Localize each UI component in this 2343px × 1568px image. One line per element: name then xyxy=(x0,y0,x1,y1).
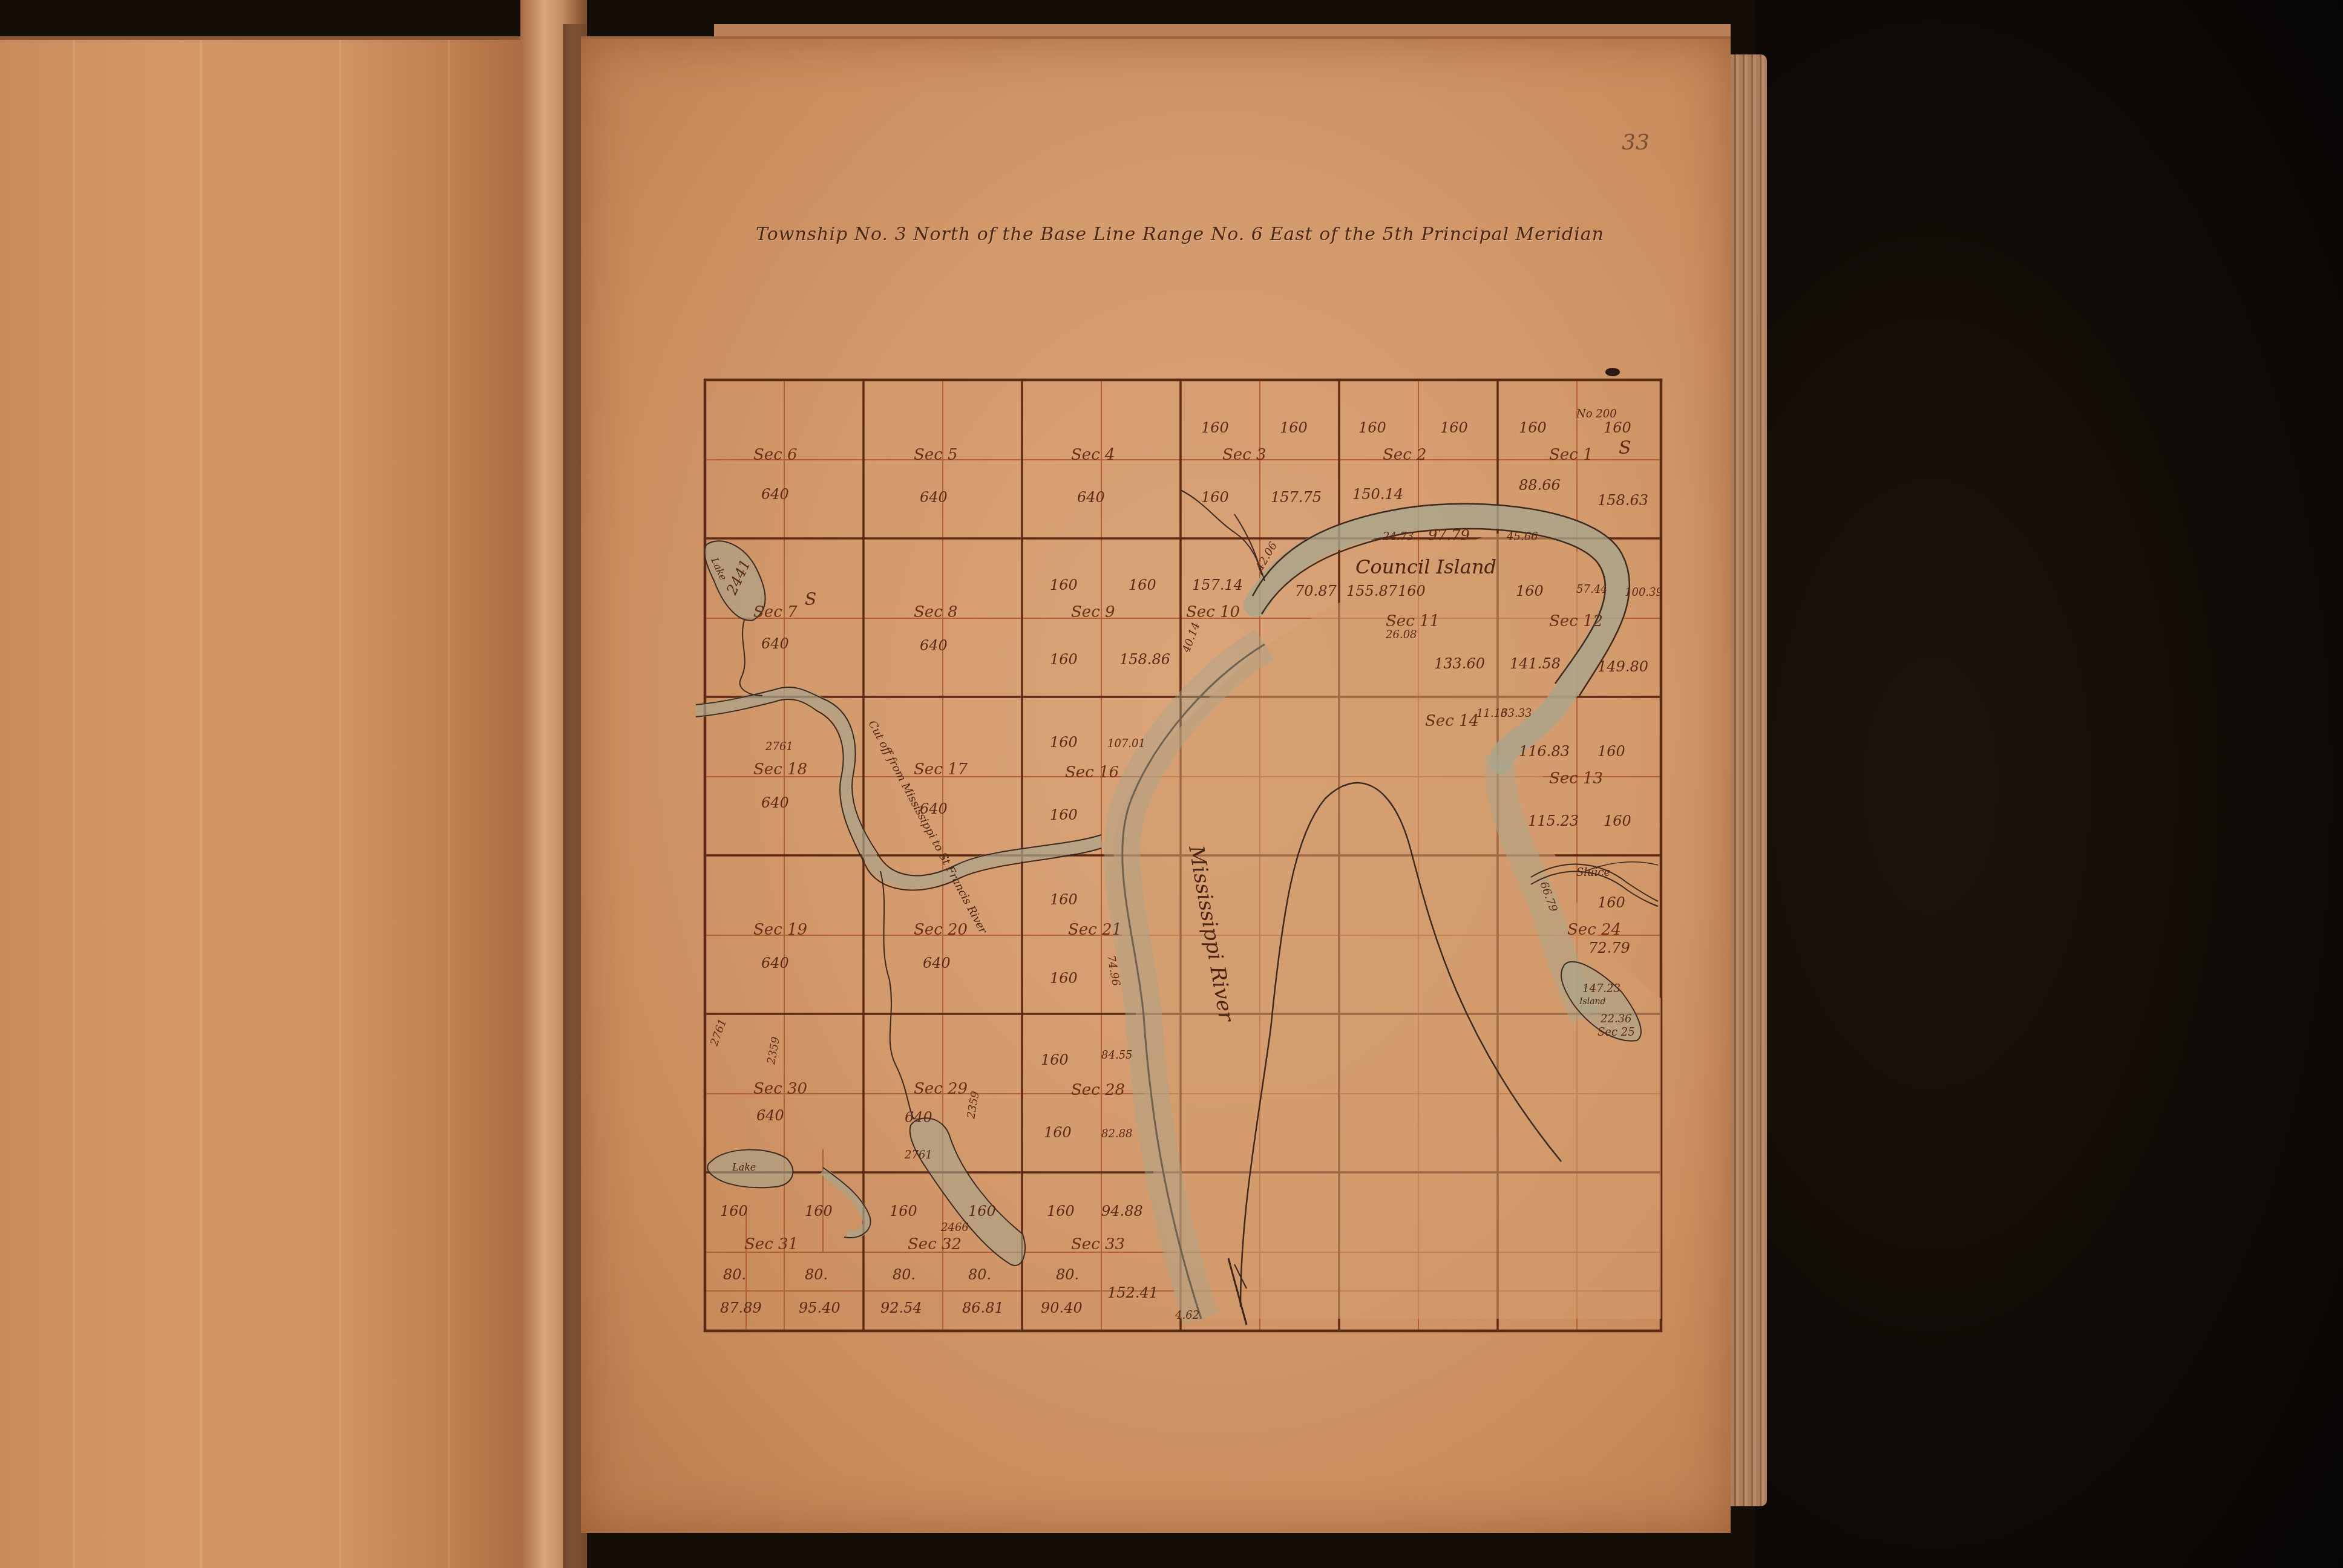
svg-text:141.58: 141.58 xyxy=(1510,655,1561,672)
svg-text:22.36: 22.36 xyxy=(1600,1013,1632,1025)
svg-text:80.: 80. xyxy=(1056,1266,1079,1283)
svg-text:86.81: 86.81 xyxy=(962,1299,1004,1316)
svg-text:150.14: 150.14 xyxy=(1352,486,1403,503)
svg-text:152.41: 152.41 xyxy=(1107,1284,1158,1301)
svg-text:84.55: 84.55 xyxy=(1101,1049,1133,1062)
svg-text:87.89: 87.89 xyxy=(720,1299,762,1316)
svg-text:80.: 80. xyxy=(968,1266,991,1283)
svg-text:157.75: 157.75 xyxy=(1271,489,1322,506)
svg-text:640: 640 xyxy=(923,955,951,972)
svg-text:640: 640 xyxy=(920,800,948,817)
svg-text:Sec 29: Sec 29 xyxy=(914,1080,968,1098)
svg-text:Sec 2: Sec 2 xyxy=(1383,446,1427,464)
svg-text:70.87: 70.87 xyxy=(1295,583,1337,599)
svg-text:640: 640 xyxy=(1077,489,1105,506)
svg-text:157.14: 157.14 xyxy=(1192,577,1243,593)
svg-text:160: 160 xyxy=(968,1203,996,1220)
section-17: Sec 17 640 xyxy=(914,760,968,817)
svg-text:57.44: 57.44 xyxy=(1576,583,1608,596)
svg-text:160: 160 xyxy=(1597,894,1625,911)
svg-text:Sec 9: Sec 9 xyxy=(1071,603,1115,621)
svg-text:80.: 80. xyxy=(723,1266,746,1283)
svg-text:Sec 18: Sec 18 xyxy=(753,760,807,779)
svg-text:Sec 6: Sec 6 xyxy=(753,446,798,464)
section-31: Sec 31 160 160 80. 80. 87.89 95.40 xyxy=(720,1203,841,1316)
svg-text:2761: 2761 xyxy=(708,1017,730,1048)
lake-label-sec-31: Lake xyxy=(732,1161,756,1173)
svg-text:Sec 32: Sec 32 xyxy=(908,1235,962,1253)
svg-text:90.40: 90.40 xyxy=(1041,1299,1083,1316)
svg-text:Sec 5: Sec 5 xyxy=(914,446,958,464)
svg-text:92.54: 92.54 xyxy=(880,1299,922,1316)
svg-text:100.39: 100.39 xyxy=(1625,586,1663,599)
section-19: Sec 19 640 xyxy=(753,921,807,972)
svg-text:160: 160 xyxy=(1201,489,1229,506)
svg-text:88.66: 88.66 xyxy=(1519,477,1561,494)
svg-text:160: 160 xyxy=(1047,1203,1075,1220)
svg-text:Sec 30: Sec 30 xyxy=(753,1080,807,1098)
svg-text:640: 640 xyxy=(761,635,789,652)
svg-text:No 200: No 200 xyxy=(1576,408,1617,420)
svg-text:160: 160 xyxy=(1604,812,1631,829)
svg-text:94.88: 94.88 xyxy=(1101,1203,1143,1220)
svg-text:Sec 25: Sec 25 xyxy=(1597,1026,1635,1039)
svg-text:640: 640 xyxy=(761,794,789,811)
svg-text:160: 160 xyxy=(1129,577,1156,593)
svg-text:158.86: 158.86 xyxy=(1119,651,1170,668)
svg-text:Sec 21: Sec 21 xyxy=(1068,921,1122,939)
svg-text:4.62: 4.62 xyxy=(1175,1309,1199,1322)
svg-text:Sec 13: Sec 13 xyxy=(1549,769,1603,788)
svg-text:2359: 2359 xyxy=(765,1036,782,1066)
svg-text:160: 160 xyxy=(1398,583,1426,599)
svg-text:Sec 10: Sec 10 xyxy=(1186,603,1240,621)
svg-text:160: 160 xyxy=(1050,734,1078,751)
svg-text:155.87: 155.87 xyxy=(1346,583,1398,599)
svg-text:2466: 2466 xyxy=(940,1221,969,1234)
scanned-book-spread: 33 Township No. 3 North of the Base Line… xyxy=(0,0,2343,1568)
svg-text:Sec 28: Sec 28 xyxy=(1071,1081,1125,1099)
svg-text:72.79: 72.79 xyxy=(1588,939,1630,956)
svg-text:Sec 14: Sec 14 xyxy=(1425,712,1479,730)
svg-text:160: 160 xyxy=(1597,743,1625,760)
svg-text:Sec 24: Sec 24 xyxy=(1567,921,1621,939)
section-5: Sec 5 640 xyxy=(914,446,958,506)
svg-text:82.88: 82.88 xyxy=(1101,1128,1133,1140)
swamp-mark: S xyxy=(1619,437,1631,459)
svg-text:Sec 19: Sec 19 xyxy=(753,921,807,939)
svg-text:116.83: 116.83 xyxy=(1519,743,1570,760)
township-plat-map: Mississippi River Council Island Cut off… xyxy=(0,0,2343,1568)
svg-text:Sec 20: Sec 20 xyxy=(914,921,968,939)
section-4: Sec 4 640 xyxy=(1071,446,1115,506)
section-6: Sec 6 640 xyxy=(753,446,798,503)
svg-text:160: 160 xyxy=(1519,419,1547,436)
svg-text:160: 160 xyxy=(805,1203,833,1220)
section-18: Sec 18 640 2761 xyxy=(753,740,807,811)
svg-text:80.: 80. xyxy=(893,1266,916,1283)
svg-text:Sec 7: Sec 7 xyxy=(753,603,798,621)
section-30: Sec 30 640 2761 2359 xyxy=(708,1017,807,1124)
svg-text:640: 640 xyxy=(761,486,789,503)
island-label: Island xyxy=(1579,997,1606,1007)
svg-text:80.: 80. xyxy=(805,1266,828,1283)
svg-text:Sec 8: Sec 8 xyxy=(914,603,958,621)
svg-text:160: 160 xyxy=(1440,419,1468,436)
section-20: Sec 20 640 xyxy=(914,921,968,972)
section-28: Sec 28 160 84.55 160 82.88 xyxy=(1041,1049,1133,1141)
svg-text:Sec 11: Sec 11 xyxy=(1386,612,1440,630)
section-8: Sec 8 640 xyxy=(914,603,958,654)
section-9: Sec 9 160 160 160 158.86 xyxy=(1050,577,1170,668)
svg-text:160: 160 xyxy=(1358,419,1386,436)
svg-text:26.08: 26.08 xyxy=(1385,629,1417,641)
svg-text:Sec 12: Sec 12 xyxy=(1549,612,1603,630)
svg-text:Sec 3: Sec 3 xyxy=(1222,446,1267,464)
ink-blot xyxy=(1605,368,1620,376)
svg-text:158.63: 158.63 xyxy=(1597,492,1648,509)
svg-text:640: 640 xyxy=(920,637,948,654)
council-island-label: Council Island xyxy=(1355,555,1496,578)
svg-text:160: 160 xyxy=(1050,577,1078,593)
svg-text:160: 160 xyxy=(1050,891,1078,908)
svg-text:640: 640 xyxy=(920,489,948,506)
svg-text:160: 160 xyxy=(1041,1051,1069,1068)
svg-text:Sec 4: Sec 4 xyxy=(1071,446,1115,464)
svg-text:160: 160 xyxy=(1050,970,1078,987)
svg-text:24.73: 24.73 xyxy=(1382,531,1414,543)
svg-text:40.14: 40.14 xyxy=(1180,621,1203,655)
svg-text:640: 640 xyxy=(761,955,789,972)
svg-text:2761: 2761 xyxy=(765,740,793,753)
svg-text:160: 160 xyxy=(1050,651,1078,668)
svg-text:Sec 33: Sec 33 xyxy=(1071,1235,1125,1253)
svg-text:Sec 31: Sec 31 xyxy=(744,1235,798,1253)
svg-text:115.23: 115.23 xyxy=(1528,812,1579,829)
svg-text:160: 160 xyxy=(720,1203,748,1220)
svg-text:2761: 2761 xyxy=(904,1149,932,1161)
swamp-mark: S xyxy=(805,589,816,609)
svg-text:149.80: 149.80 xyxy=(1597,658,1648,675)
svg-text:160: 160 xyxy=(1044,1124,1072,1141)
svg-text:45.66: 45.66 xyxy=(1506,531,1538,543)
svg-text:33.33: 33.33 xyxy=(1501,707,1532,720)
svg-text:160: 160 xyxy=(1050,806,1078,823)
svg-text:Sec 1: Sec 1 xyxy=(1549,446,1593,464)
svg-text:147.23: 147.23 xyxy=(1582,982,1620,995)
svg-text:160: 160 xyxy=(1516,583,1544,599)
svg-text:133.60: 133.60 xyxy=(1434,655,1485,672)
svg-text:640: 640 xyxy=(905,1109,932,1126)
svg-text:97.79: 97.79 xyxy=(1428,527,1470,544)
svg-text:160: 160 xyxy=(1280,419,1308,436)
svg-text:160: 160 xyxy=(890,1203,917,1220)
svg-text:160: 160 xyxy=(1604,419,1631,436)
svg-text:Sec 16: Sec 16 xyxy=(1065,763,1119,782)
svg-text:640: 640 xyxy=(756,1107,784,1124)
sluice-label: Sluice xyxy=(1576,866,1610,879)
svg-text:95.40: 95.40 xyxy=(799,1299,841,1316)
svg-text:107.01: 107.01 xyxy=(1107,737,1145,750)
section-3: Sec 3 160 160 160 157.75 xyxy=(1201,419,1322,506)
svg-text:Sec 17: Sec 17 xyxy=(914,760,968,779)
svg-text:160: 160 xyxy=(1201,419,1229,436)
